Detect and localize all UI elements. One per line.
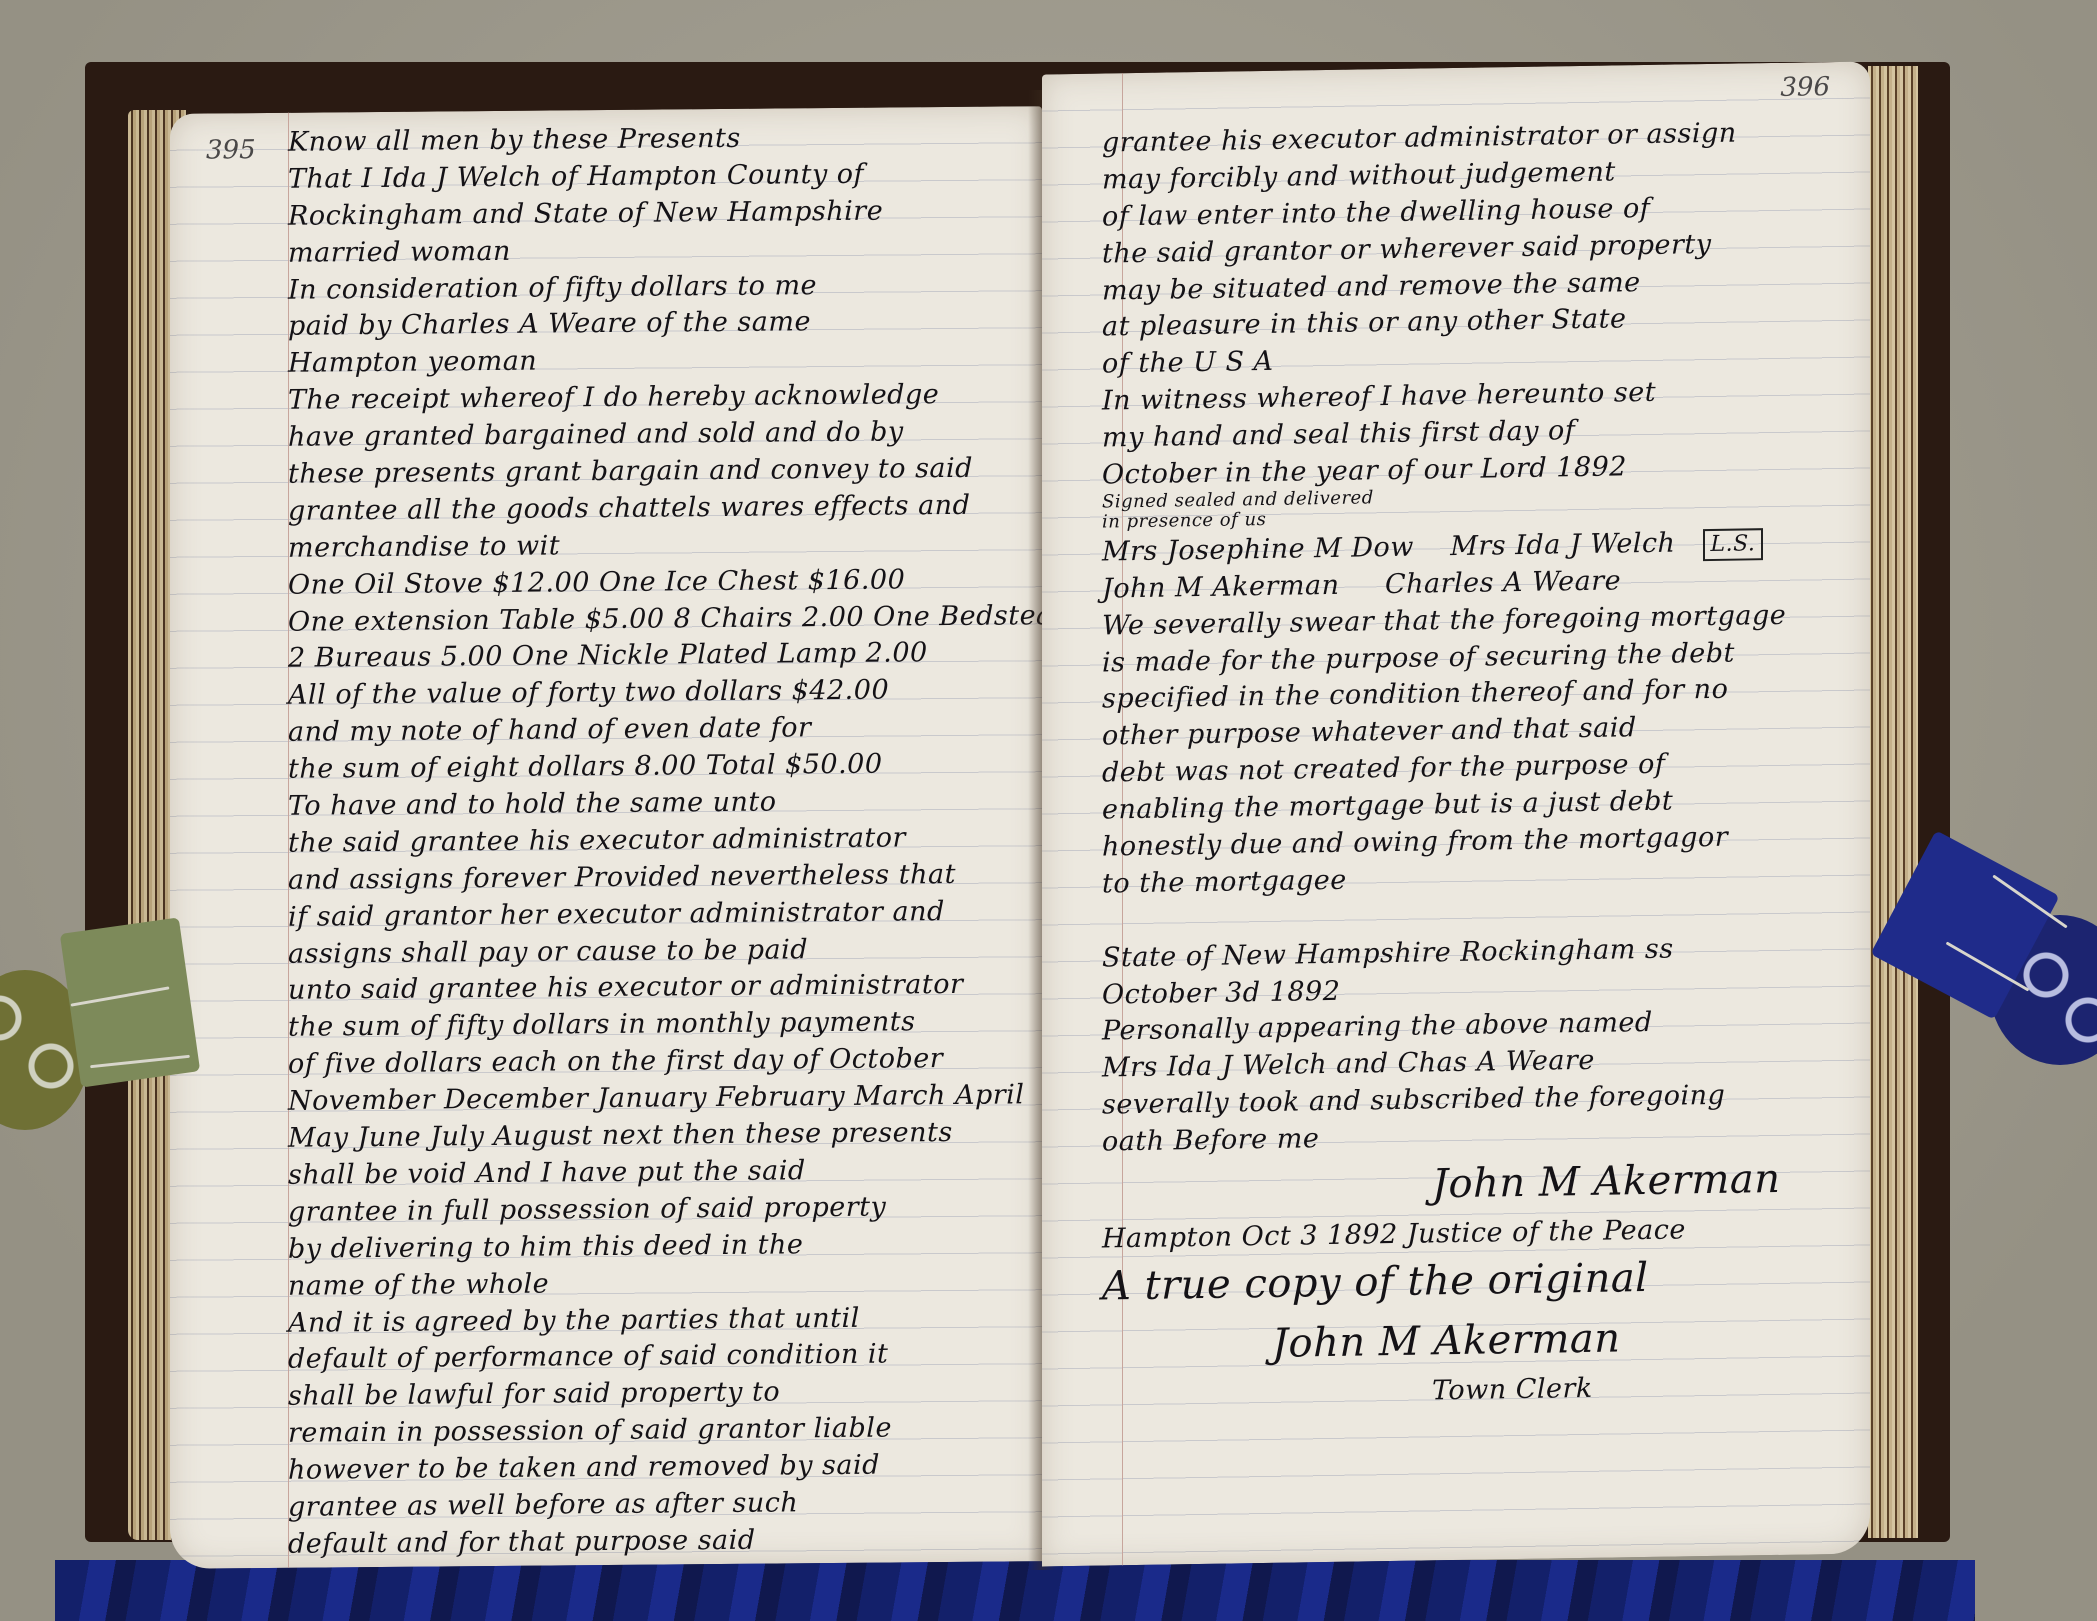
- handwritten-line: paid by Charles A Weare of the same: [288, 301, 1028, 344]
- grantee-signature: Charles A Weare: [1385, 565, 1621, 600]
- green-binder-clip: [0, 925, 210, 1125]
- handwritten-line: and assigns forever Provided nevertheles…: [288, 854, 1028, 897]
- handwritten-line: And it is agreed by the parties that unt…: [288, 1297, 1028, 1340]
- handwritten-line: In consideration of fifty dollars to me: [288, 264, 1028, 307]
- handwritten-line: these presents grant bargain and convey …: [288, 448, 1028, 491]
- handwritten-line: May June July August next then these pre…: [288, 1112, 1028, 1155]
- handwritten-line: One Oil Stove $12.00 One Ice Chest $16.0…: [288, 559, 1028, 602]
- handwritten-line: grantee all the goods chattels wares eff…: [288, 485, 1028, 528]
- witness-signature: Mrs Josephine M Dow: [1102, 532, 1414, 568]
- handwritten-line: grantee as well before as after such: [288, 1481, 1028, 1524]
- handwritten-line: however to be taken and removed by said: [288, 1444, 1028, 1487]
- handwritten-line: Rockingham and State of New Hampshire: [288, 190, 1028, 233]
- handwritten-line: of five dollars each on the first day of…: [288, 1039, 1028, 1082]
- handwritten-line: shall be void And I have put the said: [288, 1149, 1028, 1192]
- notary-acknowledgement: State of New Hampshire Rockingham ssOcto…: [1102, 926, 1862, 1159]
- handwritten-line: November December January February March…: [288, 1075, 1028, 1118]
- handwritten-line: To have and to hold the same unto: [288, 780, 1028, 823]
- right-page-edges: [1868, 66, 1918, 1538]
- blue-cloth-underlay: [55, 1560, 1975, 1621]
- handwritten-line: remain in possession of said grantor lia…: [288, 1407, 1028, 1450]
- left-page-text: Know all men by these PresentsThat I Ida…: [288, 116, 1028, 1561]
- handwritten-line: and my note of hand of even date for: [288, 707, 1028, 750]
- handwritten-line: the sum of fifty dollars in monthly paym…: [288, 1002, 1028, 1045]
- handwritten-line: if said grantor her executor administrat…: [288, 891, 1028, 934]
- page-number: 396: [1780, 72, 1830, 103]
- handwritten-line: merchandise to wit: [288, 522, 1028, 565]
- witness-signature: John M Akerman: [1102, 570, 1340, 605]
- handwritten-line: One extension Table $5.00 8 Chairs 2.00 …: [288, 596, 1028, 639]
- oath-paragraph: We severally swear that the foregoing mo…: [1102, 594, 1862, 901]
- handwritten-line: the sum of eight dollars 8.00 Total $50.…: [288, 743, 1028, 786]
- seal-mark: L.S.: [1703, 528, 1764, 561]
- justice-signature: John M Akerman: [1102, 1148, 1862, 1220]
- handwritten-line: name of the whole: [288, 1260, 1028, 1303]
- grantor-signature: Mrs Ida J Welch: [1450, 527, 1675, 562]
- handwritten-line: 2 Bureaus 5.00 One Nickle Plated Lamp 2.…: [288, 633, 1028, 676]
- handwritten-line: default and for that purpose said: [288, 1518, 1028, 1561]
- mortgage-continuation: grantee his executor administrator or as…: [1102, 112, 1862, 493]
- handwritten-line: by delivering to him this deed in the: [288, 1223, 1028, 1266]
- handwritten-line: The receipt whereof I do hereby acknowle…: [288, 375, 1028, 418]
- right-page: 396 grantee his executor administrator o…: [1042, 61, 1870, 1566]
- handwritten-line: married woman: [288, 227, 1028, 270]
- page-number: 395: [206, 135, 256, 165]
- right-page-text: grantee his executor administrator or as…: [1102, 112, 1862, 1414]
- left-page: 395 Know all men by these PresentsThat I…: [170, 106, 1042, 1569]
- handwritten-line: assigns shall pay or cause to be paid: [288, 928, 1028, 971]
- handwritten-line: default of performance of said condition…: [288, 1334, 1028, 1377]
- handwritten-line: grantee in full possession of said prope…: [288, 1186, 1028, 1229]
- handwritten-line: shall be lawful for said property to: [288, 1371, 1028, 1414]
- handwritten-line: That I Ida J Welch of Hampton County of: [288, 153, 1028, 196]
- handwritten-line: have granted bargained and sold and do b…: [288, 411, 1028, 454]
- handwritten-line: the said grantee his executor administra…: [288, 817, 1028, 860]
- handwritten-line: Know all men by these Presents: [288, 116, 1028, 159]
- blue-binder-clip: [1885, 845, 2097, 1045]
- handwritten-line: All of the value of forty two dollars $4…: [288, 670, 1028, 713]
- handwritten-line: Hampton yeoman: [288, 338, 1028, 381]
- handwritten-line: unto said grantee his executor or admini…: [288, 965, 1028, 1008]
